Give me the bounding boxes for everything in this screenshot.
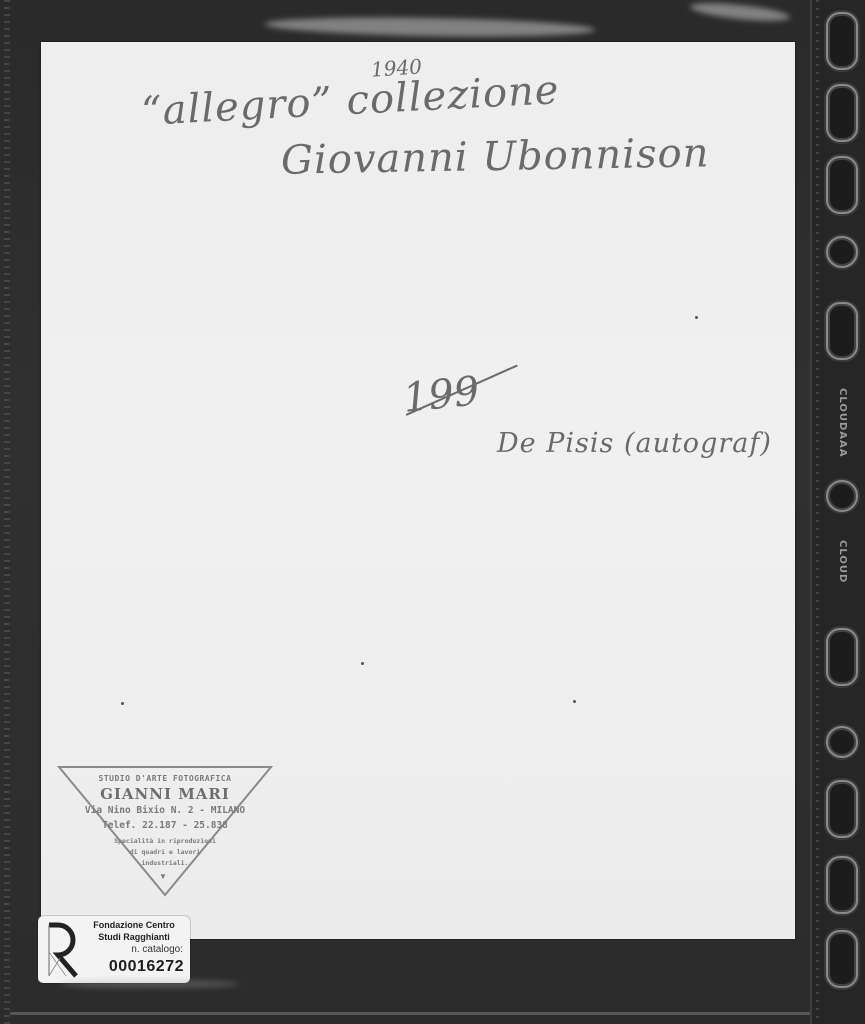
stamp-studio: STUDIO D'ARTE FOTOGRAFICA [57, 774, 273, 783]
paper-speck [361, 662, 364, 665]
handwritten-artist: De Pisis (autograf) [497, 428, 772, 459]
sleeve-bottom-edge [10, 1012, 860, 1015]
paper-speck [573, 700, 576, 703]
stamp-address: Via Nino Bixio N. 2 - MILANO [57, 805, 273, 816]
binder-hole-icon [826, 930, 858, 988]
sleeve-perforated-edge [4, 0, 10, 1024]
binder-hole-icon [826, 480, 858, 512]
binder-strip: CLOUDAAA CLOUD [810, 0, 865, 1024]
catalog-org-line-2: Studi Ragghianti [84, 932, 184, 942]
catalog-label: Fondazione Centro Studi Ragghianti n. ca… [38, 916, 190, 983]
stamp-specialty-3: industriali. [57, 859, 273, 867]
photographer-stamp: STUDIO D'ARTE FOTOGRAFICA GIANNI MARI Vi… [57, 764, 273, 898]
binder-hole-icon [826, 726, 858, 758]
stamp-specialty-1: Specialità in riproduzioni [57, 837, 273, 845]
binder-strip-text: CLOUD [834, 540, 848, 583]
handwritten-title-line: “allegro” collezione [140, 67, 560, 135]
handwritten-collection-line: Giovanni Ubonnison [281, 130, 710, 183]
binder-hole-icon [826, 12, 858, 70]
stamp-name: GIANNI MARI [57, 785, 273, 803]
photo-back-paper: 1940 “allegro” collezione Giovanni Ubonn… [41, 42, 795, 939]
binder-strip-text: CLOUDAAA [834, 388, 848, 458]
binder-hole-icon [826, 856, 858, 914]
binder-hole-icon [826, 302, 858, 360]
binder-hole-icon [826, 236, 858, 268]
ragghianti-logo-icon [46, 922, 80, 978]
binder-hole-icon [826, 780, 858, 838]
binder-hole-icon [826, 84, 858, 142]
paper-speck [695, 316, 698, 319]
catalog-number: 00016272 [109, 958, 184, 976]
binder-hole-icon [826, 156, 858, 214]
stamp-specialty-2: di quadri e lavori [57, 848, 273, 856]
paper-speck [121, 702, 124, 705]
stamp-mark-icon: ▼ [159, 872, 169, 880]
catalog-org-line-1: Fondazione Centro [84, 920, 184, 930]
catalog-caption: n. catalogo: [131, 944, 183, 955]
binder-hole-icon [826, 628, 858, 686]
handwritten-number: 199 [401, 368, 482, 422]
sleeve-glare [60, 980, 240, 988]
stamp-phone: Telef. 22.187 - 25.838 [57, 820, 273, 831]
